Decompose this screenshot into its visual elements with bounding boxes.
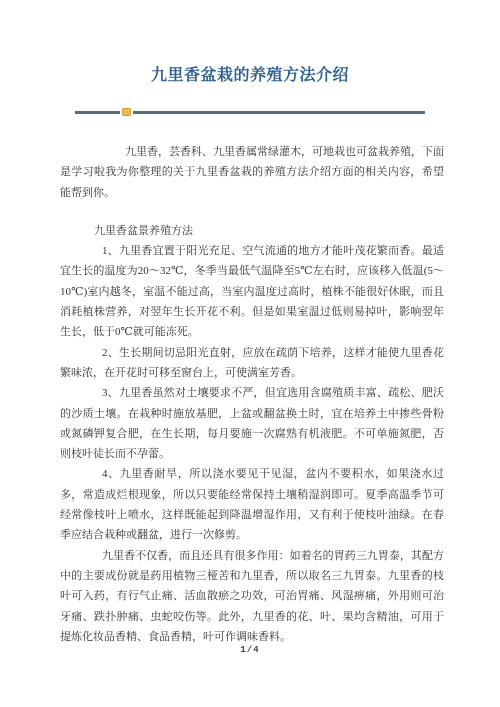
section-heading: 九里香盆景养殖方法 [60,221,444,241]
method-paragraph-2: 2、生长期间切忌阳光直射，应放在疏荫下培养，这样才能使九里香花繁味浓，在开花时可… [60,343,444,384]
page-title: 九里香盆栽的养殖方法介绍 [0,62,500,85]
page-number-indicator: 1/4 [0,645,500,655]
method-paragraph-1: 1、九里香宜置于阳光充足、空气流通的地方才能叶茂花繁而香。最适宜生长的温度为20… [60,241,444,342]
document-page: 九里香盆栽的养殖方法介绍 九里香，芸香科、九里香属常绿灌木，可地栽也可盆栽养殖，… [0,0,500,707]
method-paragraph-4: 4、九里香耐旱，所以浇水要见干见湿，盆内不要积水，如果浇水过多，常造成烂根现象，… [60,464,444,545]
uses-paragraph: 九里香不仅香，而且还具有很多作用：如着名的胃药三九胃泰，其配方中的主要成份就是药… [60,546,444,647]
intro-paragraph: 九里香，芸香科、九里香属常绿灌木，可地栽也可盆栽养殖，下面是学习啦我为你整理的关… [60,142,444,203]
method-paragraph-3: 3、九里香虽然对土壤要求不严，但宜选用含腐殖质丰富、疏松、肥沃的沙质土壤。在栽种… [60,383,444,464]
divider-accent-square [122,108,131,116]
document-body: 九里香，芸香科、九里香属常绿灌木，可地栽也可盆栽养殖，下面是学习啦我为你整理的关… [60,142,444,647]
title-divider [75,111,425,114]
